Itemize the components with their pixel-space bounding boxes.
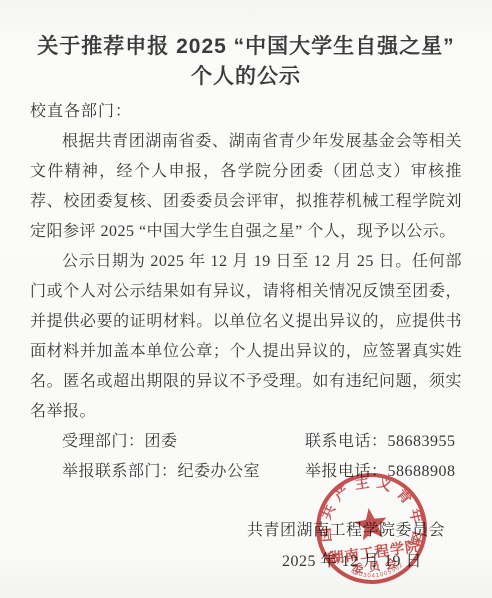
accepting-department: 受理部门：团委 — [62, 427, 305, 457]
signature-block: 共青团湖南工程学院委员会 2025 年 12 月 19 日 — [30, 515, 462, 577]
paragraph-objection-period: 公示日期为 2025 年 12 月 19 日至 12 月 25 日。任何部门或个… — [30, 247, 462, 427]
contact-row-accepting: 受理部门：团委 联系电话：58683955 — [30, 427, 462, 457]
announcement-document: 关于推荐申报 2025 “中国大学生自强之星” 个人的公示 校直各部门： 根据共… — [0, 0, 492, 598]
reporting-department: 举报联系部门：纪委办公室 — [62, 457, 305, 487]
issuing-organization: 共青团湖南工程学院委员会 — [30, 515, 462, 546]
issue-date: 2025 年 12 月 19 日 — [30, 546, 462, 577]
contact-row-reporting: 举报联系部门：纪委办公室 举报电话：58688908 — [30, 457, 462, 487]
page-title: 关于推荐申报 2025 “中国大学生自强之星” 个人的公示 — [30, 32, 462, 92]
paragraph-recommendation: 根据共青团湖南省委、湖南省青少年发展基金会等相关文件精神，经个人申报，各学院分团… — [30, 127, 462, 247]
reporting-phone: 举报电话：58688908 — [305, 457, 462, 487]
salutation: 校直各部门： — [30, 96, 462, 127]
title-line-1: 关于推荐申报 2025 “中国大学生自强之星” — [30, 32, 462, 62]
title-line-2: 个人的公示 — [30, 62, 462, 92]
contact-phone: 联系电话：58683955 — [305, 427, 462, 457]
